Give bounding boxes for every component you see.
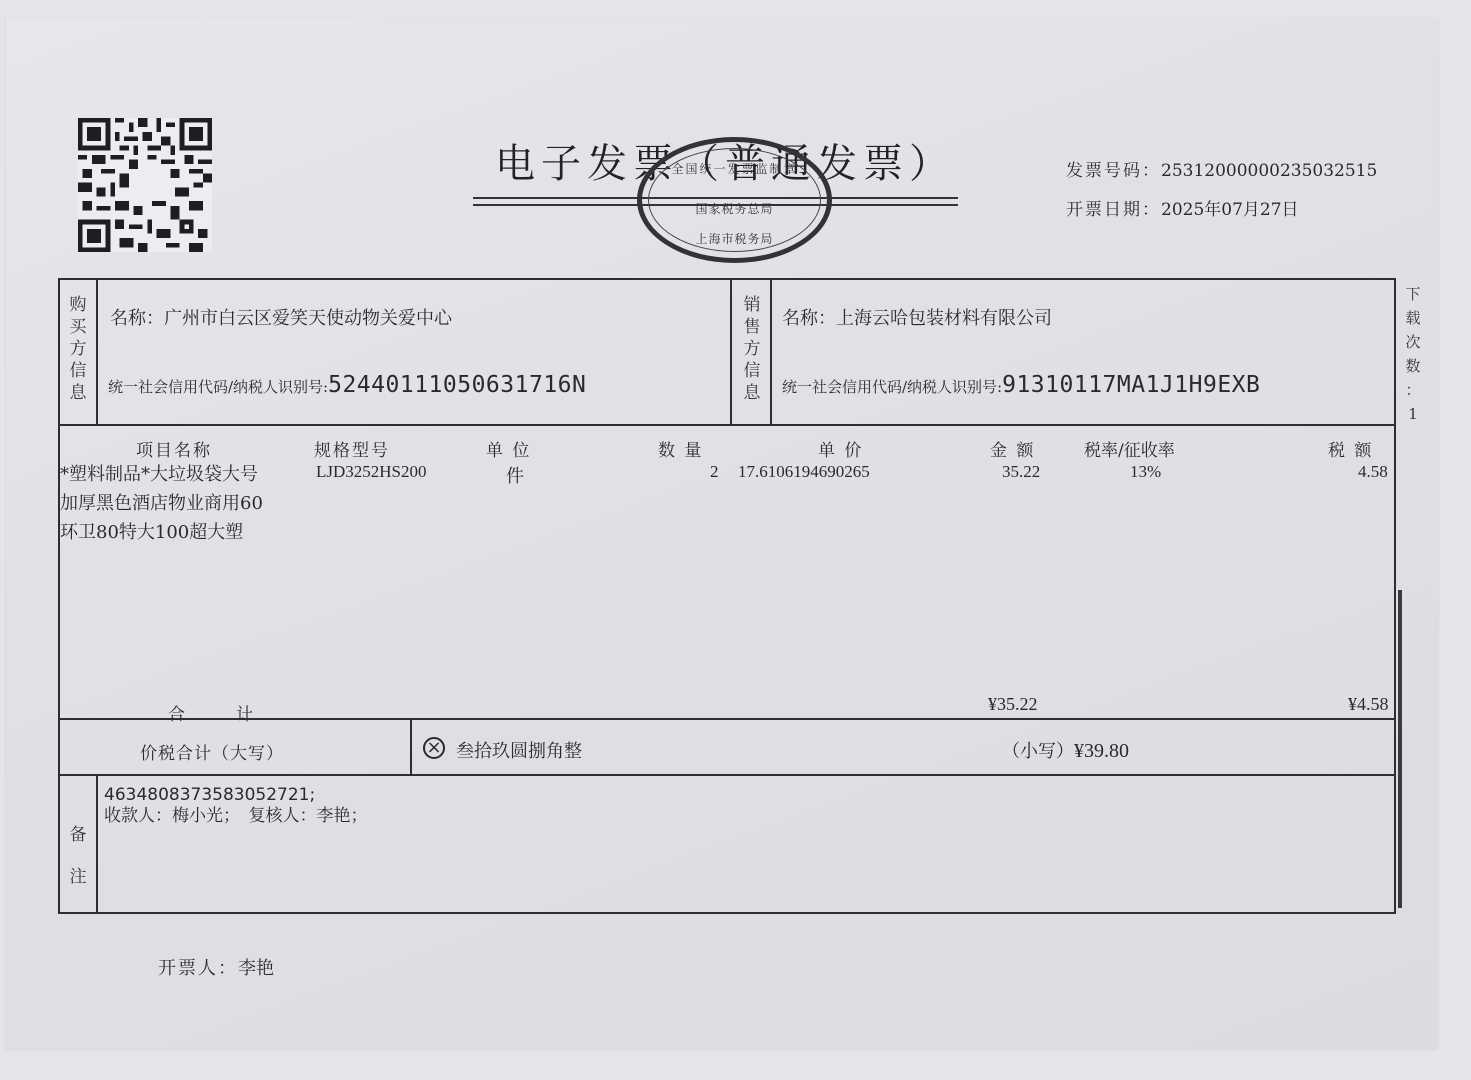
download-count: 下载次数： 1	[1403, 282, 1423, 426]
divider	[96, 280, 98, 426]
buyer-section-label: 购 买 方 信 息	[66, 294, 90, 404]
divider	[60, 774, 1394, 776]
seller-name: 名称：上海云哈包装材料有限公司	[782, 304, 1052, 330]
seller-section-label: 销 售 方 信 息	[740, 294, 764, 404]
remarks-line-2: 收款人：梅小光； 复核人：李艳；	[104, 806, 368, 827]
table-row-spec: LJD3252HS200	[316, 462, 427, 482]
issue-date-label: 开票日期：	[1066, 200, 1161, 220]
seal-top-text: 全国统一发票监制章	[642, 160, 827, 177]
table-row-tax: 4.58	[1358, 462, 1388, 482]
issuer-label: 开票人：	[158, 958, 238, 979]
table-row-unit-price: 17.6106194690265	[738, 462, 870, 482]
remarks-line-1: 4634808373583052721;	[104, 785, 368, 806]
grand-total-uppercase: 叁拾玖圆捌角整	[456, 737, 582, 763]
divider	[770, 280, 772, 426]
grand-total-lowercase: （小写）¥39.80	[1002, 737, 1129, 763]
table-row-unit: 件	[506, 462, 524, 488]
buyer-name: 名称：广州市白云区爱笑天使动物关爱中心	[110, 304, 452, 330]
invoice-number-value: 25312000000235032515	[1161, 161, 1377, 181]
divider	[96, 774, 98, 914]
total-tax: ¥4.58	[1348, 694, 1389, 715]
table-row-item-name: *塑料制品*大垃圾袋大号 加厚黑色酒店物业商用60 环卫80特大100超大塑	[60, 460, 310, 547]
column-header-amount: 金 额	[990, 436, 1035, 461]
total-label: 合 计	[168, 700, 253, 725]
total-amount: ¥35.22	[988, 694, 1038, 715]
table-row-tax-rate: 13%	[1130, 462, 1161, 482]
table-edge-shadow	[1398, 590, 1402, 908]
column-header-tax: 税 额	[1328, 436, 1373, 461]
download-count-label: 下载次数：	[1403, 282, 1423, 402]
column-header-unit-price: 单 价	[818, 436, 863, 461]
issue-date: 开票日期：2025年07月27日	[1066, 195, 1299, 220]
remarks-content: 4634808373583052721; 收款人：梅小光； 复核人：李艳；	[104, 785, 368, 827]
divider	[60, 718, 1394, 720]
remarks-section-label: 备 注	[66, 814, 90, 898]
column-header-item-name: 项目名称	[136, 436, 212, 461]
column-header-spec: 规格型号	[314, 436, 390, 461]
issue-date-value: 2025年07月27日	[1161, 200, 1299, 220]
table-row-quantity: 2	[710, 462, 719, 482]
download-count-value: 1	[1403, 402, 1423, 426]
seller-tax-id: 统一社会信用代码/纳税人识别号:91310117MA1J1H9EXB	[782, 372, 1260, 398]
qr-code-icon	[78, 118, 212, 252]
column-header-unit: 单 位	[486, 436, 531, 461]
tax-bureau-seal: 全国统一发票监制章 国家税务总局 上海市税务局	[637, 137, 832, 263]
divider	[60, 424, 1394, 426]
column-header-tax-rate: 税率/征收率	[1084, 436, 1175, 461]
divider	[410, 718, 412, 776]
buyer-tax-id: 统一社会信用代码/纳税人识别号:52440111050631716N	[108, 372, 586, 398]
column-header-quantity: 数 量	[658, 436, 703, 461]
table-row-amount: 35.22	[1002, 462, 1040, 482]
invoice-number-label: 发票号码：	[1066, 161, 1161, 181]
cancel-circle-icon: ×	[423, 737, 445, 759]
invoice-table: 购 买 方 信 息 名称：广州市白云区爱笑天使动物关爱中心 统一社会信用代码/纳…	[58, 278, 1396, 914]
seal-bottom-text: 上海市税务局	[642, 230, 827, 247]
seal-middle-text: 国家税务总局	[642, 200, 827, 217]
issuer: 开票人：李艳	[158, 954, 274, 980]
divider	[730, 280, 732, 426]
invoice-number: 发票号码：25312000000235032515	[1066, 156, 1377, 181]
issuer-name: 李艳	[238, 958, 274, 979]
grand-total-label: 价税合计（大写）	[140, 739, 284, 764]
